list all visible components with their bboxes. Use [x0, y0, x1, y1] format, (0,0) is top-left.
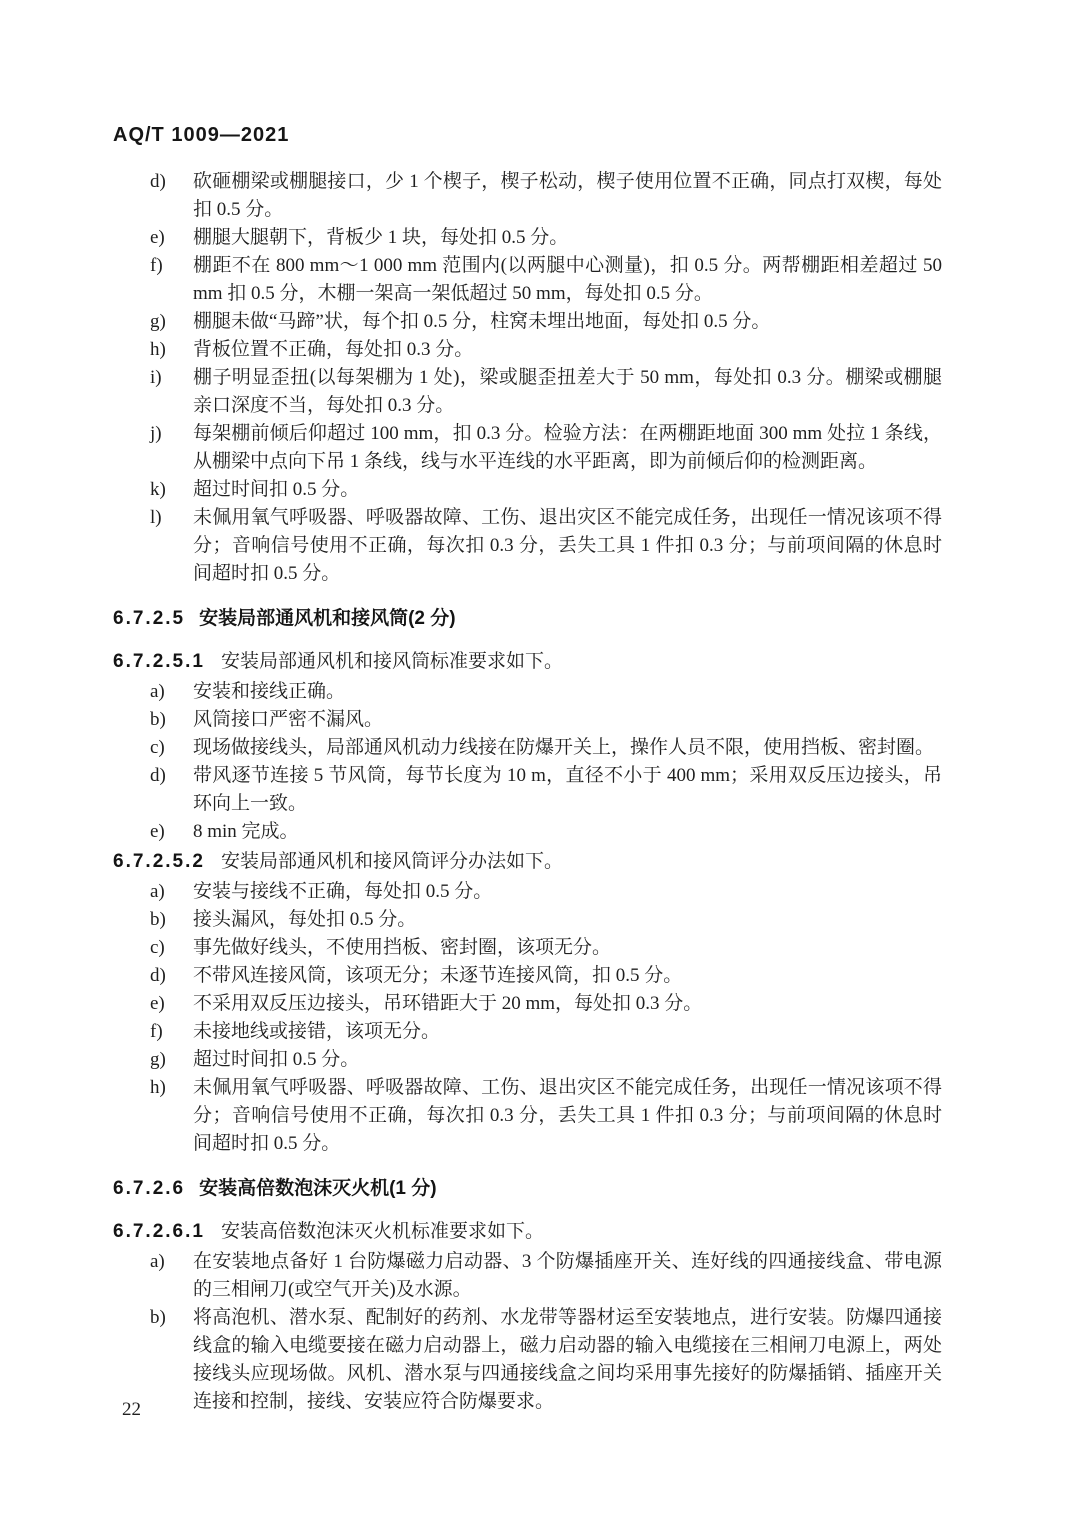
section-number: 6.7.2.6 [113, 1178, 185, 1199]
clause-number: 6.7.2.6.1 [113, 1221, 205, 1242]
list-item-label: a) [150, 1248, 193, 1276]
list-item: i) 棚子明显歪扭(以每架棚为 1 处)，梁或腿歪扭差大于 50 mm，每处扣 … [150, 364, 942, 420]
list-item-text: 风筒接口严密不漏风。 [193, 706, 942, 734]
list-item: d) 不带风连接风筒，该项无分；未逐节连接风筒，扣 0.5 分。 [150, 962, 942, 990]
list-item: h) 背板位置不正确，每处扣 0.3 分。 [150, 336, 942, 364]
list-item-text: 未佩用氧气呼吸器、呼吸器故障、工伤、退出灾区不能完成任务，出现任一情况该项不得分… [193, 504, 942, 588]
section-title: 安装局部通风机和接风筒(2 分) [199, 608, 456, 629]
list-item-label: b) [150, 906, 193, 934]
list-item: c) 事先做好线头，不使用挡板、密封圈，该项无分。 [150, 934, 942, 962]
deduction-list-continued: d) 砍砸棚梁或棚腿接口，少 1 个楔子，楔子松动，楔子使用位置不正确，同点打双… [113, 168, 942, 588]
list-item: h) 未佩用氧气呼吸器、呼吸器故障、工伤、退出灾区不能完成任务，出现任一情况该项… [150, 1074, 942, 1158]
page-content: d) 砍砸棚梁或棚腿接口，少 1 个楔子，楔子松动，楔子使用位置不正确，同点打双… [113, 168, 942, 1416]
list-item: e) 不采用双反压边接头，吊环错距大于 20 mm，每处扣 0.3 分。 [150, 990, 942, 1018]
list-item: a) 安装和接线正确。 [150, 678, 942, 706]
list-item-label: g) [150, 308, 193, 336]
running-header: AQ/T 1009—2021 [113, 122, 942, 148]
list-item-label: a) [150, 878, 193, 906]
clause-6-7-2-6-1: 6.7.2.6.1安装高倍数泡沫灭火机标准要求如下。 [113, 1218, 942, 1246]
list-item-text: 未接地线或接错，该项无分。 [193, 1018, 942, 1046]
list-item-text: 未佩用氧气呼吸器、呼吸器故障、工伤、退出灾区不能完成任务，出现任一情况该项不得分… [193, 1074, 942, 1158]
clause-number: 6.7.2.5.2 [113, 851, 205, 872]
list-item-label: d) [150, 962, 193, 990]
list-item-label: l) [150, 504, 193, 532]
list-item-label: b) [150, 706, 193, 734]
clause-lead-text: 安装局部通风机和接风筒评分办法如下。 [221, 851, 563, 872]
page-number: 22 [122, 1396, 141, 1424]
list-item-label: a) [150, 678, 193, 706]
clause-6-7-2-5-1: 6.7.2.5.1安装局部通风机和接风筒标准要求如下。 [113, 648, 942, 676]
list-item-text: 带风逐节连接 5 节风筒，每节长度为 10 m，直径不小于 400 mm；采用双… [193, 762, 942, 818]
clause-lead-text: 安装局部通风机和接风筒标准要求如下。 [221, 651, 563, 672]
list-item-label: e) [150, 818, 193, 846]
document-page: AQ/T 1009—2021 d) 砍砸棚梁或棚腿接口，少 1 个楔子，楔子松动… [0, 0, 1080, 1526]
list-item: e) 棚腿大腿朝下，背板少 1 块，每处扣 0.5 分。 [150, 224, 942, 252]
list-item: e) 8 min 完成。 [150, 818, 942, 846]
list-item-label: h) [150, 1074, 193, 1102]
list-item: b) 将高泡机、潜水泵、配制好的药剂、水龙带等器材运至安装地点，进行安装。防爆四… [150, 1304, 942, 1416]
list-item-label: g) [150, 1046, 193, 1074]
list-item-text: 棚距不在 800 mm～1 000 mm 范围内(以两腿中心测量)，扣 0.5 … [193, 252, 942, 308]
list-item-text: 棚子明显歪扭(以每架棚为 1 处)，梁或腿歪扭差大于 50 mm，每处扣 0.3… [193, 364, 942, 420]
list-item: g) 棚腿未做“马蹄”状，每个扣 0.5 分，柱窝未埋出地面，每处扣 0.5 分… [150, 308, 942, 336]
list-item: k) 超过时间扣 0.5 分。 [150, 476, 942, 504]
list-item-text: 每架棚前倾后仰超过 100 mm，扣 0.3 分。检验方法：在两棚距地面 300… [193, 420, 942, 476]
requirements-list-6-7-2-5-1: a) 安装和接线正确。 b) 风筒接口严密不漏风。 c) 现场做接线头，局部通风… [113, 678, 942, 846]
list-item: a) 在安装地点备好 1 台防爆磁力启动器、3 个防爆插座开关、连好线的四通接线… [150, 1248, 942, 1304]
section-heading-6-7-2-5: 6.7.2.5安装局部通风机和接风筒(2 分) [113, 605, 942, 633]
section-title: 安装高倍数泡沫灭火机(1 分) [199, 1178, 437, 1199]
list-item-label: h) [150, 336, 193, 364]
list-item-label: f) [150, 252, 193, 280]
list-item-text: 安装与接线不正确，每处扣 0.5 分。 [193, 878, 942, 906]
list-item: l) 未佩用氧气呼吸器、呼吸器故障、工伤、退出灾区不能完成任务，出现任一情况该项… [150, 504, 942, 588]
list-item: b) 风筒接口严密不漏风。 [150, 706, 942, 734]
clause-lead-text: 安装高倍数泡沫灭火机标准要求如下。 [221, 1221, 544, 1242]
list-item-label: j) [150, 420, 193, 448]
list-item-text: 超过时间扣 0.5 分。 [193, 476, 942, 504]
list-item-text: 现场做接线头，局部通风机动力线接在防爆开关上，操作人员不限，使用挡板、密封圈。 [193, 734, 942, 762]
list-item-text: 超过时间扣 0.5 分。 [193, 1046, 942, 1074]
list-item-label: i) [150, 364, 193, 392]
list-item-text: 不采用双反压边接头，吊环错距大于 20 mm，每处扣 0.3 分。 [193, 990, 942, 1018]
list-item-label: k) [150, 476, 193, 504]
list-item-text: 棚腿未做“马蹄”状，每个扣 0.5 分，柱窝未埋出地面，每处扣 0.5 分。 [193, 308, 942, 336]
list-item-text: 砍砸棚梁或棚腿接口，少 1 个楔子，楔子松动，楔子使用位置不正确，同点打双楔，每… [193, 168, 942, 224]
list-item-text: 背板位置不正确，每处扣 0.3 分。 [193, 336, 942, 364]
standard-number: AQ/T 1009—2021 [113, 124, 289, 146]
clause-6-7-2-5-2: 6.7.2.5.2安装局部通风机和接风筒评分办法如下。 [113, 848, 942, 876]
list-item-label: f) [150, 1018, 193, 1046]
list-item-label: c) [150, 734, 193, 762]
list-item: c) 现场做接线头，局部通风机动力线接在防爆开关上，操作人员不限，使用挡板、密封… [150, 734, 942, 762]
list-item-text: 接头漏风，每处扣 0.5 分。 [193, 906, 942, 934]
list-item-text: 事先做好线头，不使用挡板、密封圈，该项无分。 [193, 934, 942, 962]
list-item-text: 在安装地点备好 1 台防爆磁力启动器、3 个防爆插座开关、连好线的四通接线盒、带… [193, 1248, 942, 1304]
clause-number: 6.7.2.5.1 [113, 651, 205, 672]
section-heading-6-7-2-6: 6.7.2.6安装高倍数泡沫灭火机(1 分) [113, 1175, 942, 1203]
scoring-list-6-7-2-5-2: a) 安装与接线不正确，每处扣 0.5 分。 b) 接头漏风，每处扣 0.5 分… [113, 878, 942, 1158]
list-item-text: 将高泡机、潜水泵、配制好的药剂、水龙带等器材运至安装地点，进行安装。防爆四通接线… [193, 1304, 942, 1416]
list-item: g) 超过时间扣 0.5 分。 [150, 1046, 942, 1074]
list-item-text: 不带风连接风筒，该项无分；未逐节连接风筒，扣 0.5 分。 [193, 962, 942, 990]
list-item: b) 接头漏风，每处扣 0.5 分。 [150, 906, 942, 934]
list-item: j) 每架棚前倾后仰超过 100 mm，扣 0.3 分。检验方法：在两棚距地面 … [150, 420, 942, 476]
section-number: 6.7.2.5 [113, 608, 185, 629]
list-item-text: 安装和接线正确。 [193, 678, 942, 706]
list-item: d) 带风逐节连接 5 节风筒，每节长度为 10 m，直径不小于 400 mm；… [150, 762, 942, 818]
list-item-label: d) [150, 762, 193, 790]
list-item-label: c) [150, 934, 193, 962]
list-item-label: b) [150, 1304, 193, 1332]
list-item-text: 棚腿大腿朝下，背板少 1 块，每处扣 0.5 分。 [193, 224, 942, 252]
list-item: f) 棚距不在 800 mm～1 000 mm 范围内(以两腿中心测量)，扣 0… [150, 252, 942, 308]
list-item-text: 8 min 完成。 [193, 818, 942, 846]
list-item: a) 安装与接线不正确，每处扣 0.5 分。 [150, 878, 942, 906]
list-item-label: e) [150, 990, 193, 1018]
requirements-list-6-7-2-6-1: a) 在安装地点备好 1 台防爆磁力启动器、3 个防爆插座开关、连好线的四通接线… [113, 1248, 942, 1416]
list-item-label: d) [150, 168, 193, 196]
list-item: d) 砍砸棚梁或棚腿接口，少 1 个楔子，楔子松动，楔子使用位置不正确，同点打双… [150, 168, 942, 224]
list-item: f) 未接地线或接错，该项无分。 [150, 1018, 942, 1046]
list-item-label: e) [150, 224, 193, 252]
